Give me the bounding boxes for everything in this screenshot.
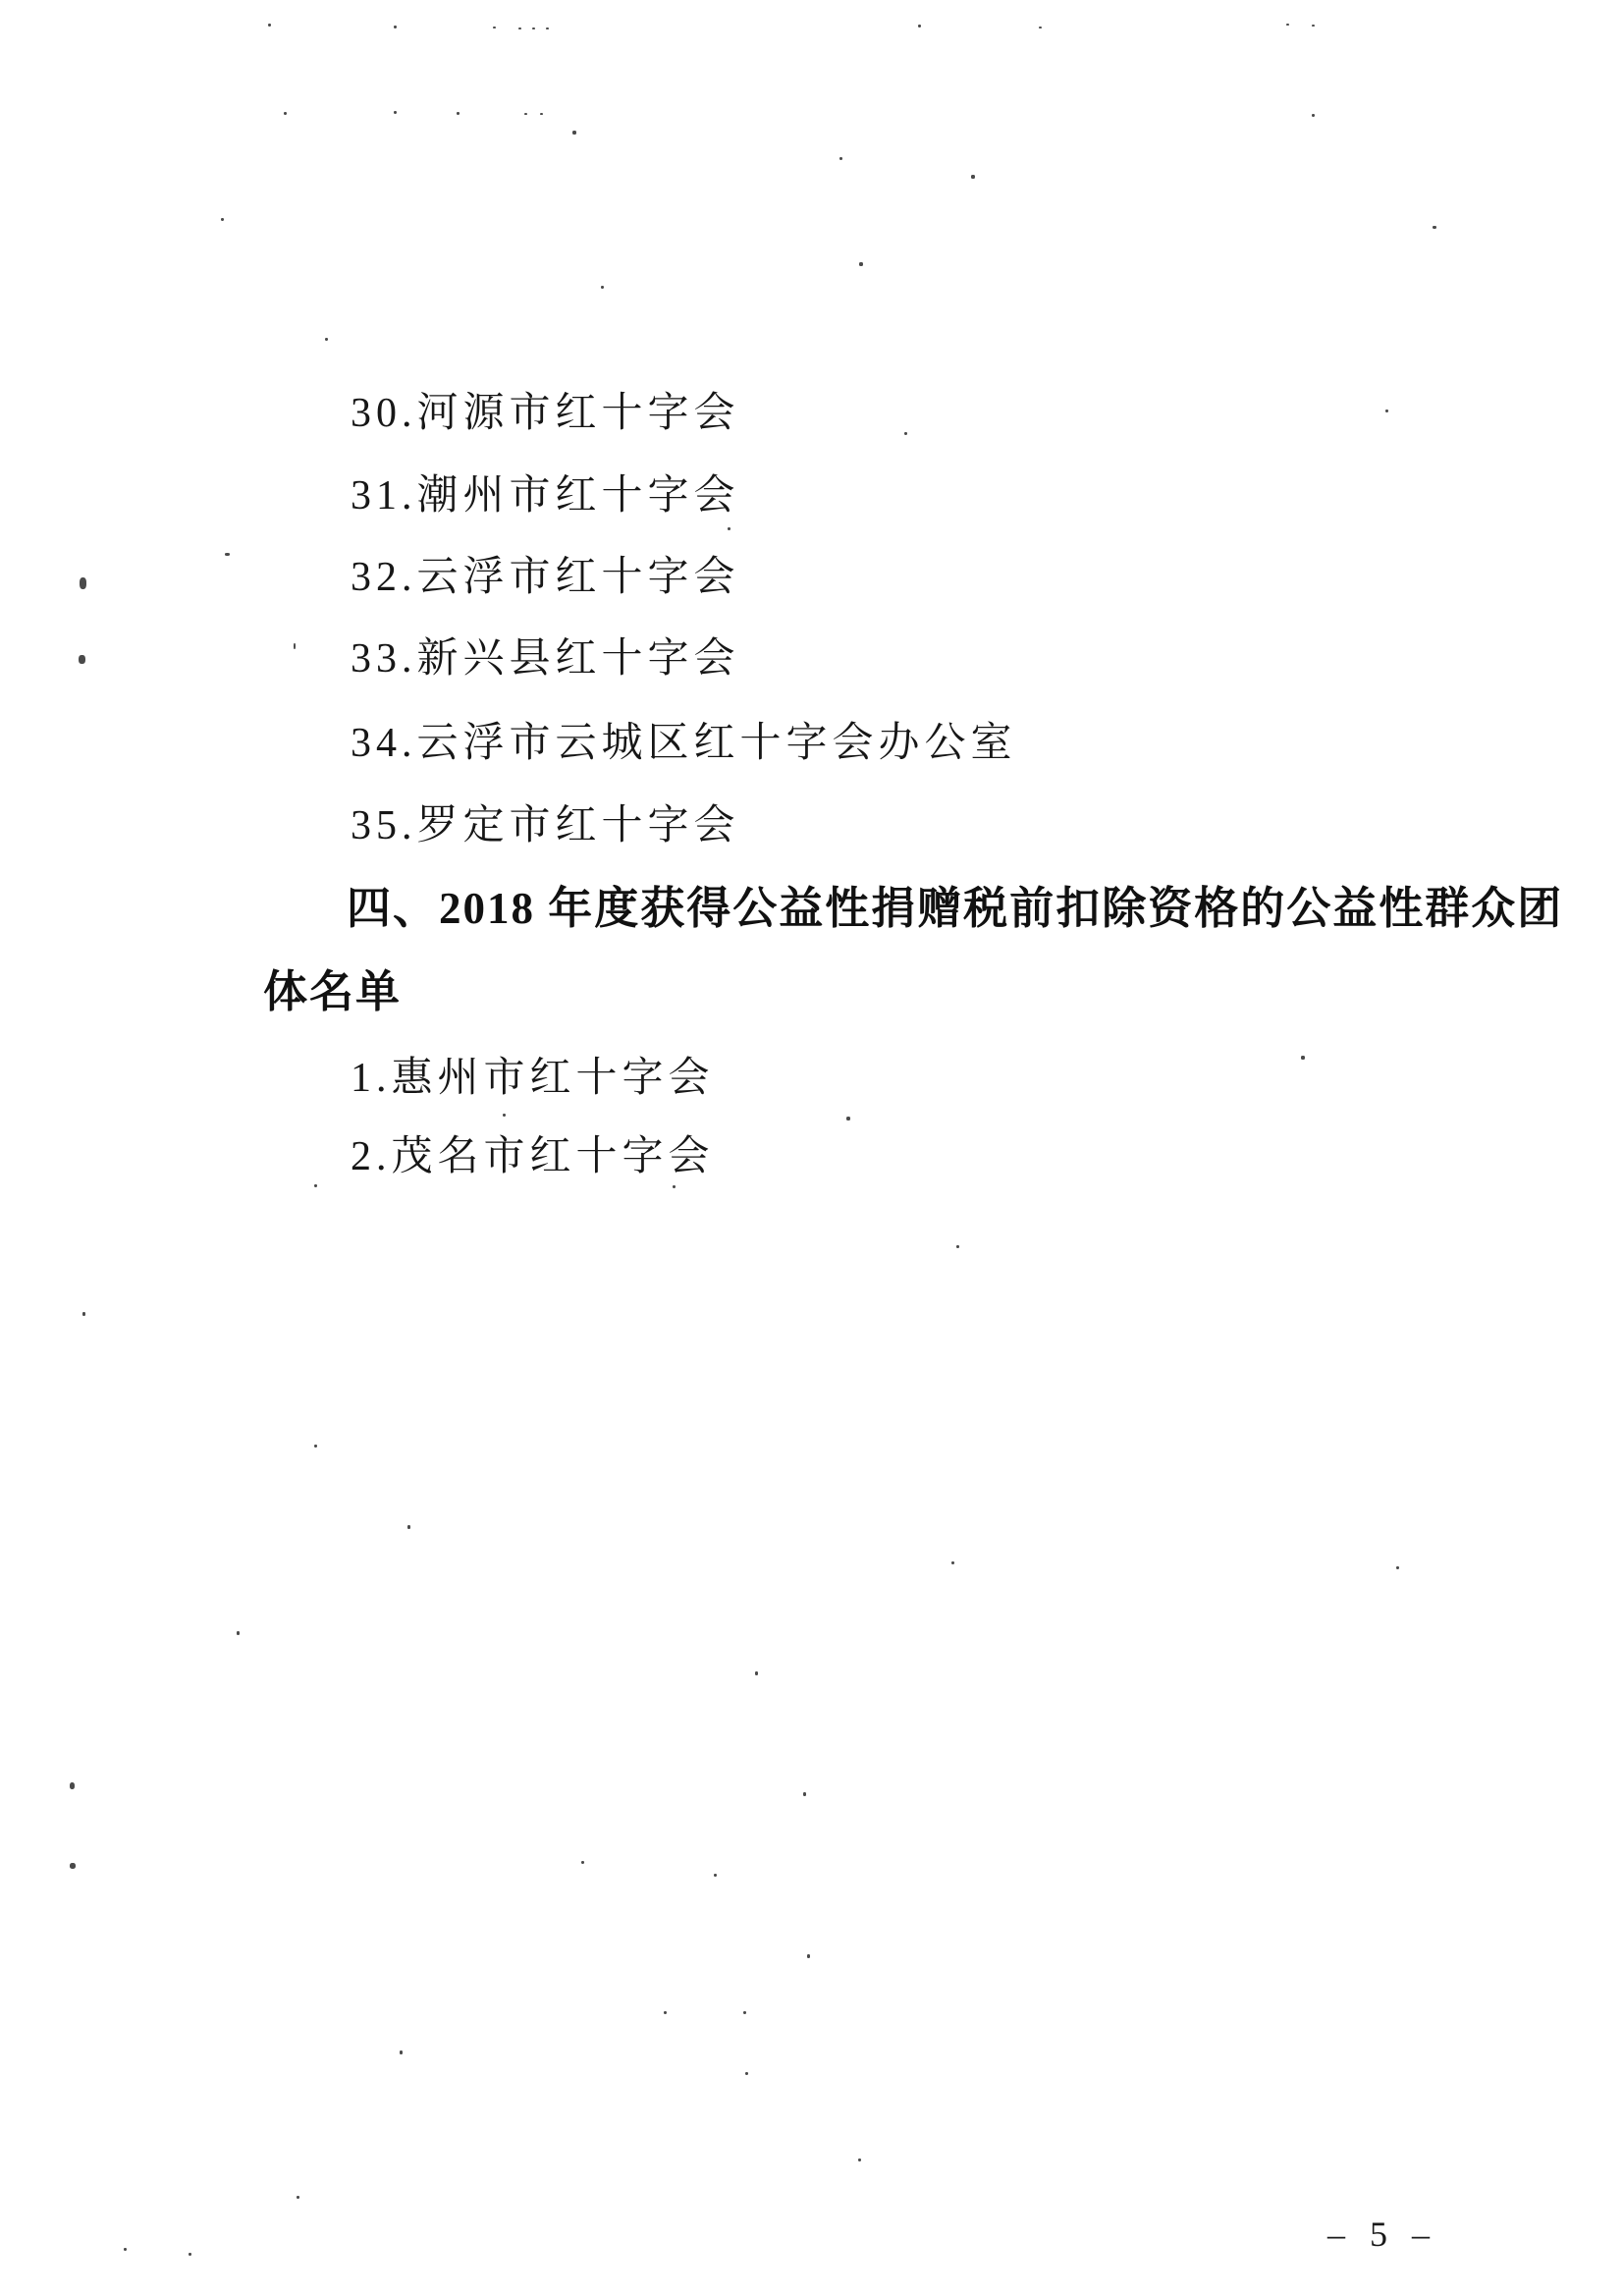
scan-speck: [325, 338, 328, 341]
scan-speck: [189, 2253, 191, 2256]
scan-speck: [714, 1874, 717, 1877]
scan-speck: [755, 1671, 758, 1675]
scan-speck: [503, 1114, 506, 1117]
list-item-1: 1.惠州市红十字会: [351, 1058, 715, 1099]
scan-speck: [839, 157, 842, 160]
scan-speck: [394, 111, 397, 114]
scan-speck: [294, 643, 296, 649]
scan-speck: [82, 1312, 85, 1316]
scan-speck: [400, 2050, 403, 2054]
scan-speck: [524, 113, 527, 115]
scan-speck: [221, 218, 224, 221]
list-item-30: 30.河源市红十字会: [351, 393, 740, 434]
list-item-35: 35.罗定市红十字会: [351, 805, 740, 847]
scan-speck: [1286, 24, 1289, 26]
scan-speck: [956, 1245, 959, 1248]
scan-speck: [1301, 1056, 1305, 1060]
scan-speck: [80, 577, 86, 589]
scan-speck: [540, 113, 543, 115]
scan-speck: [807, 1954, 810, 1958]
scan-speck: [1433, 226, 1436, 229]
scan-speck: [297, 2196, 299, 2199]
scan-speck: [79, 655, 85, 664]
scan-speck: [745, 2072, 748, 2075]
scan-speck: [457, 112, 460, 115]
scan-speck: [407, 1525, 410, 1529]
scan-speck: [237, 1631, 240, 1635]
list-item-31: 31.潮州市红十字会: [351, 475, 740, 517]
section-heading-line2: 体名单: [263, 970, 402, 1014]
section-heading-line1: 四、2018 年度获得公益性捐赠税前扣除资格的公益性群众团: [347, 887, 1563, 931]
scan-speck: [664, 2011, 667, 2014]
scan-speck: [918, 25, 921, 27]
list-item-34: 34.云浮市云城区红十字会办公室: [351, 723, 1017, 764]
scan-speck: [493, 27, 496, 28]
scan-speck: [268, 24, 271, 27]
scan-speck: [225, 553, 230, 556]
scan-speck: [124, 2248, 127, 2251]
scan-speck: [284, 112, 287, 115]
scan-speck: [1312, 114, 1315, 117]
scan-speck: [728, 527, 730, 530]
scan-speck: [394, 26, 397, 28]
scan-speck: [1039, 27, 1042, 28]
scan-speck: [532, 27, 535, 29]
document-page: 30.河源市红十字会 31.潮州市红十字会 32.云浮市红十字会 33.新兴县红…: [0, 0, 1623, 2296]
scan-speck: [858, 2159, 861, 2161]
scan-speck: [70, 1863, 76, 1869]
scan-speck: [1312, 25, 1315, 27]
scan-speck: [1396, 1566, 1399, 1569]
scan-speck: [803, 1792, 806, 1796]
scan-speck: [546, 27, 549, 29]
list-item-2: 2.茂名市红十字会: [351, 1136, 715, 1177]
scan-speck: [951, 1561, 954, 1564]
page-number: – 5 –: [1327, 2214, 1437, 2255]
scan-speck: [601, 286, 604, 289]
scan-speck: [904, 432, 907, 435]
scan-speck: [859, 262, 863, 266]
scan-speck: [572, 131, 576, 135]
list-item-32: 32.云浮市红十字会: [351, 557, 740, 598]
scan-speck: [581, 1861, 584, 1864]
scan-speck: [314, 1184, 317, 1187]
list-item-33: 33.新兴县红十字会: [351, 638, 740, 680]
scan-speck: [70, 1782, 75, 1789]
scan-speck: [846, 1117, 850, 1121]
scan-speck: [518, 27, 521, 29]
scan-speck: [1065, 905, 1068, 908]
scan-speck: [971, 175, 975, 179]
scan-speck: [673, 1185, 676, 1188]
scan-speck: [1385, 410, 1388, 412]
scan-speck: [743, 2011, 746, 2014]
scan-speck: [314, 1445, 317, 1448]
